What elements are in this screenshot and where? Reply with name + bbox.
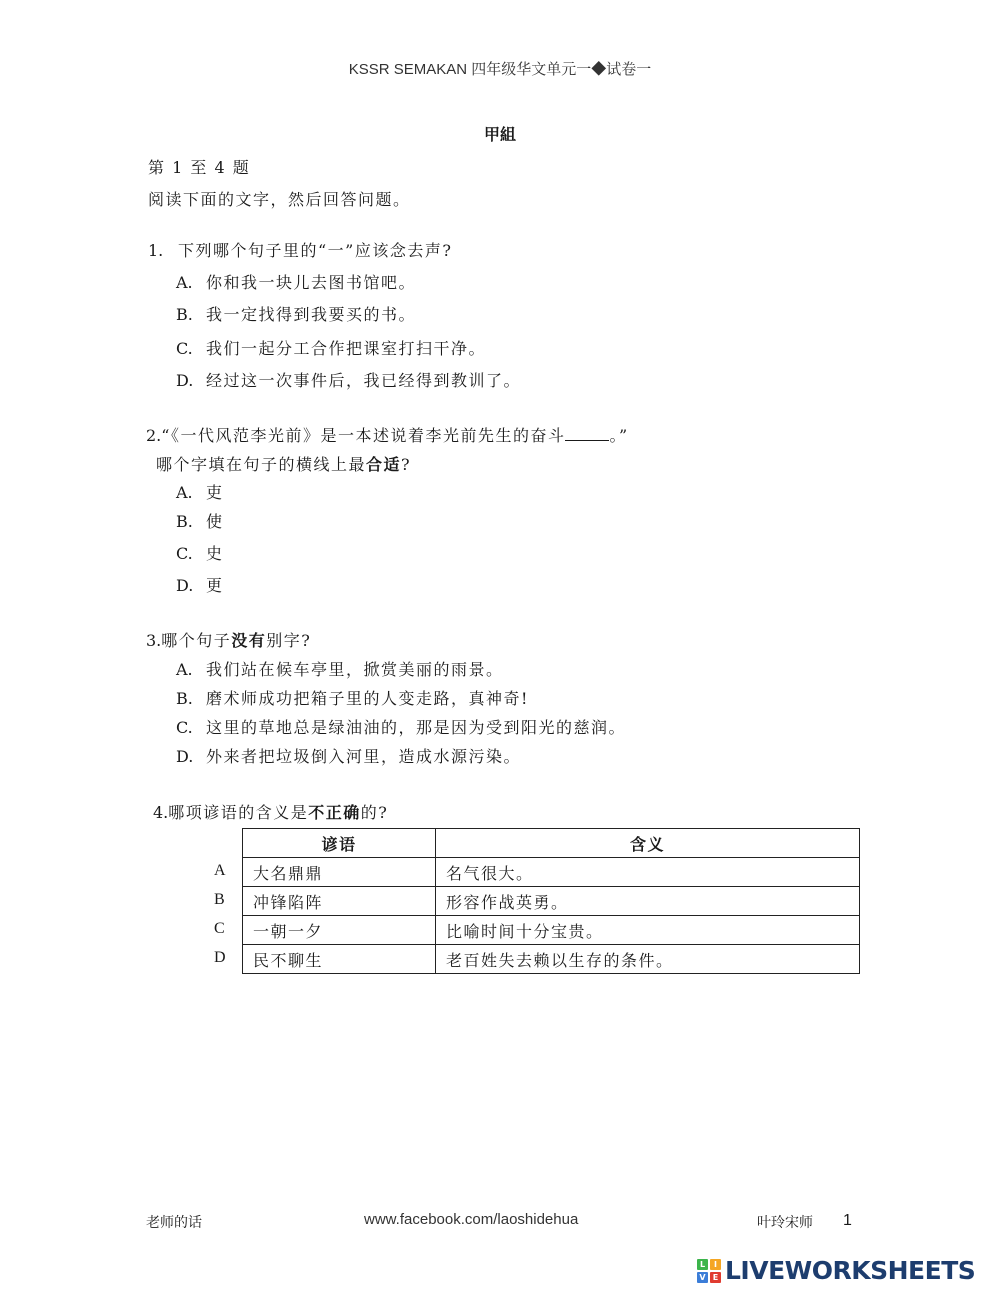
- q1-option-c[interactable]: C.我们一起分工合作把课室打扫干净。: [176, 336, 486, 359]
- logo-tile: I: [710, 1259, 721, 1270]
- logo-tile: V: [697, 1272, 708, 1283]
- logo-tile: E: [710, 1272, 721, 1283]
- meaning-cell: 比喻时间十分宝贵。: [436, 916, 860, 945]
- question-number: 4.: [153, 803, 168, 822]
- page-number: 1: [843, 1212, 852, 1230]
- option-text: 史: [206, 544, 224, 563]
- q3-option-b[interactable]: B.磨术师成功把箱子里的人变走路，真神奇!: [176, 686, 529, 709]
- option-letter: D.: [176, 576, 206, 595]
- question-text: 下列哪个句子里的“一”应该念去声?: [178, 241, 452, 260]
- q3-option-d[interactable]: D.外来者把垃圾倒入河里，造成水源污染。: [176, 744, 521, 767]
- question-text-end: 。”: [609, 426, 628, 445]
- footer-url: www.facebook.com/laoshidehua: [364, 1211, 578, 1228]
- question-text: “《一代风范李光前》是一本述说着李光前先生的奋斗: [161, 426, 565, 445]
- idiom-cell: 冲锋陷阵: [243, 887, 436, 916]
- option-letter: C.: [176, 339, 206, 358]
- liveworksheets-logo[interactable]: L I V E LIVEWORKSHEETS: [697, 1256, 975, 1285]
- q2-option-b[interactable]: B.使: [176, 509, 224, 532]
- meaning-cell: 形容作战英勇。: [436, 887, 860, 916]
- footer-left: 老师的话: [146, 1212, 202, 1232]
- option-text: 磨术师成功把箱子里的人变走路，真神奇!: [206, 689, 529, 708]
- question-emphasis: 不正确: [308, 803, 361, 822]
- question-text-end: 别字?: [266, 631, 311, 650]
- logo-text: LIVEWORKSHEETS: [725, 1256, 975, 1285]
- question-4: 4.哪项谚语的含义是不正确的?: [153, 800, 388, 823]
- logo-tile: L: [697, 1259, 708, 1270]
- idiom-table: 谚语 含义 大名鼎鼎 名气很大。 冲锋陷阵 形容作战英勇。 一朝一夕 比喻时间十…: [242, 828, 860, 974]
- question-text-end: 的?: [361, 803, 389, 822]
- option-text: 你和我一块儿去图书馆吧。: [206, 273, 416, 292]
- question-number: 1.: [148, 241, 178, 260]
- prompt-emphasis: 合适: [366, 455, 401, 474]
- footer-author: 叶玲宋师: [757, 1212, 813, 1232]
- option-text: 我一定找得到我要买的书。: [206, 305, 416, 324]
- table-header-row: 谚语 含义: [243, 829, 860, 858]
- option-letter: A.: [176, 273, 206, 292]
- idiom-cell: 一朝一夕: [243, 916, 436, 945]
- option-letter: D.: [176, 371, 206, 390]
- q1-option-a[interactable]: A.你和我一块儿去图书馆吧。: [176, 270, 416, 293]
- option-text: 我们一起分工合作把课室打扫干净。: [206, 339, 486, 358]
- table-row[interactable]: 冲锋陷阵 形容作战英勇。: [243, 887, 860, 916]
- question-text: 哪项谚语的含义是: [168, 803, 308, 822]
- q1-option-d[interactable]: D.经过这一次事件后，我已经得到教训了。: [176, 368, 521, 391]
- column-header-idiom: 谚语: [243, 829, 436, 858]
- question-2-prompt: 哪个字填在句子的横线上最合适?: [156, 452, 411, 475]
- q2-option-a[interactable]: A.吏: [176, 480, 224, 503]
- question-range: 第 1 至 4 题: [148, 155, 250, 178]
- instruction: 阅读下面的文字，然后回答问题。: [148, 187, 411, 210]
- prompt-text: 哪个字填在句子的横线上最: [156, 455, 366, 474]
- idiom-cell: 民不聊生: [243, 945, 436, 974]
- option-text: 使: [206, 512, 224, 531]
- option-text: 吏: [206, 483, 224, 502]
- option-letter: B.: [176, 512, 206, 531]
- column-header-meaning: 含义: [436, 829, 860, 858]
- row-label-a[interactable]: A: [214, 862, 226, 880]
- idiom-cell: 大名鼎鼎: [243, 858, 436, 887]
- option-text: 外来者把垃圾倒入河里，造成水源污染。: [206, 747, 521, 766]
- question-1: 1.下列哪个句子里的“一”应该念去声?: [148, 238, 452, 261]
- row-label-b[interactable]: B: [214, 891, 225, 909]
- option-text: 经过这一次事件后，我已经得到教训了。: [206, 371, 521, 390]
- option-letter: C.: [176, 718, 206, 737]
- q1-option-b[interactable]: B.我一定找得到我要买的书。: [176, 302, 416, 325]
- row-label-d[interactable]: D: [214, 949, 226, 967]
- table-row[interactable]: 民不聊生 老百姓失去赖以生存的条件。: [243, 945, 860, 974]
- option-text: 这里的草地总是绿油油的，那是因为受到阳光的慈润。: [206, 718, 626, 737]
- option-letter: A.: [176, 483, 206, 502]
- q2-option-d[interactable]: D.更: [176, 573, 224, 596]
- question-3: 3.哪个句子没有别字?: [146, 628, 311, 651]
- table-row[interactable]: 大名鼎鼎 名气很大。: [243, 858, 860, 887]
- meaning-cell: 名气很大。: [436, 858, 860, 887]
- live-icon: L I V E: [697, 1259, 721, 1283]
- question-2: 2.“《一代风范李光前》是一本述说着李光前先生的奋斗。”: [146, 423, 629, 446]
- answer-blank[interactable]: [565, 426, 609, 441]
- option-letter: C.: [176, 544, 206, 563]
- option-text: 我们站在候车亭里，掀赏美丽的雨景。: [206, 660, 504, 679]
- row-label-c[interactable]: C: [214, 920, 225, 938]
- question-emphasis: 没有: [231, 631, 266, 650]
- q2-option-c[interactable]: C.史: [176, 541, 224, 564]
- q3-option-c[interactable]: C.这里的草地总是绿油油的，那是因为受到阳光的慈润。: [176, 715, 626, 738]
- question-number: 3.: [146, 631, 161, 650]
- prompt-end: ?: [401, 455, 411, 474]
- document-header: KSSR SEMAKAN 四年级华文单元一◆试卷一: [0, 58, 1000, 79]
- question-text: 哪个句子: [161, 631, 231, 650]
- option-letter: A.: [176, 660, 206, 679]
- option-letter: B.: [176, 305, 206, 324]
- q3-option-a[interactable]: A.我们站在候车亭里，掀赏美丽的雨景。: [176, 657, 504, 680]
- meaning-cell: 老百姓失去赖以生存的条件。: [436, 945, 860, 974]
- question-number: 2.: [146, 426, 161, 445]
- option-text: 更: [206, 576, 224, 595]
- section-title: 甲組: [0, 122, 1000, 145]
- option-letter: B.: [176, 689, 206, 708]
- option-letter: D.: [176, 747, 206, 766]
- table-row[interactable]: 一朝一夕 比喻时间十分宝贵。: [243, 916, 860, 945]
